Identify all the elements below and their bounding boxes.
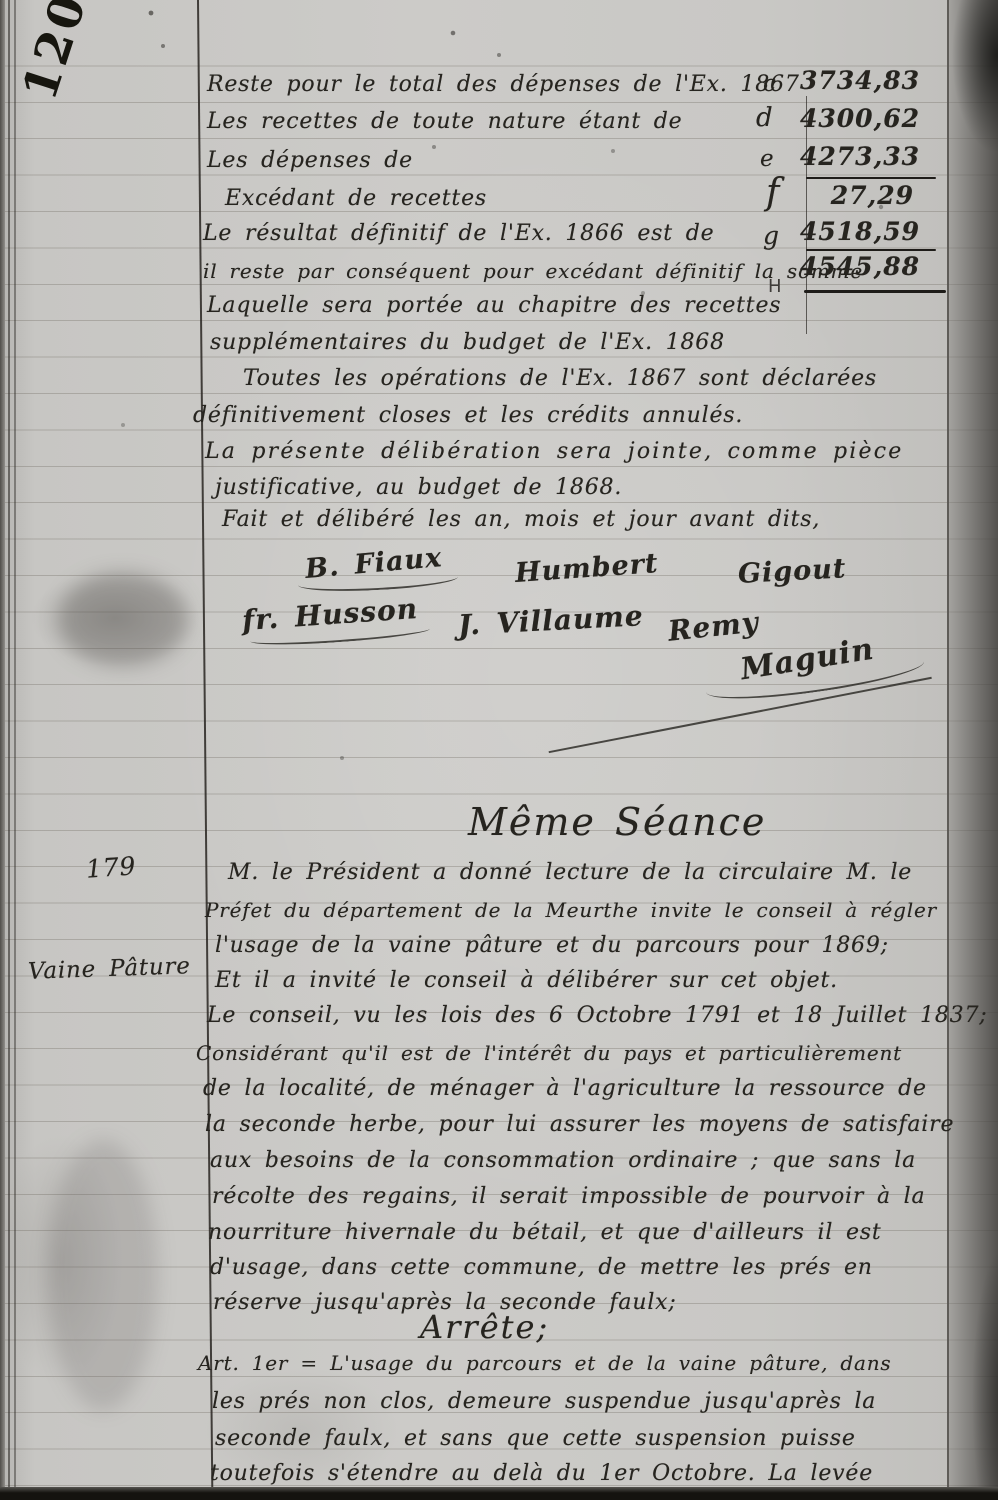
ledger-row-ref: g: [763, 221, 780, 250]
margin-item-number: 179: [85, 851, 137, 883]
session-line: M. le Président a donné lecture de la ci…: [228, 858, 912, 888]
scanned-register-page: { "page": { "stamp_number": "120" }, "le…: [0, 0, 998, 1500]
ledger-amount: 3734,83: [800, 66, 914, 95]
ledger-row-ref: e: [760, 146, 774, 172]
closing-line: justificative, au budget de 1868.: [215, 473, 622, 503]
session-heading: Même Séance: [468, 800, 766, 844]
ledger-row-label: Les dépenses de: [207, 146, 413, 176]
session-line: Considérant qu'il est de l'intérêt du pa…: [196, 1038, 902, 1068]
paper-stain: [58, 572, 188, 667]
ledger-row-ref: f: [766, 172, 780, 213]
ledger-amount: 4273,33: [800, 142, 914, 171]
session-line: Et il a invité le conseil à délibérer su…: [215, 966, 838, 996]
binding-line: [14, 0, 16, 1500]
closing-line: définitivement closes et les crédits ann…: [193, 401, 743, 431]
closing-line: supplémentaires du budget de l'Ex. 1868: [210, 328, 725, 358]
binding-edge: [0, 0, 5, 1500]
decree-line: les prés non clos, demeure suspendue jus…: [212, 1387, 876, 1417]
session-line: de la localité, de ménager à l'agricultu…: [203, 1074, 927, 1104]
ledger-row-label: Excédant de recettes: [225, 184, 487, 214]
ledger-row-label: Reste pour le total des dépenses de l'Ex…: [207, 70, 800, 100]
ledger-row-ref: d: [756, 103, 773, 133]
session-line: aux besoins de la consommation ordinaire…: [210, 1146, 916, 1176]
amount-underline: [806, 177, 936, 179]
decree-heading: Arrête;: [420, 1308, 549, 1346]
ledger-row-label: Les recettes de toute nature étant de: [207, 107, 682, 137]
ledger-amount: 4300,62: [800, 104, 914, 133]
decree-line: toutefois s'étendre au delà du 1er Octob…: [210, 1459, 873, 1489]
paper-stain: [48, 1140, 158, 1410]
signature: Gigout: [737, 553, 847, 590]
closing-line: Toutes les opérations de l'Ex. 1867 sont…: [243, 364, 877, 394]
session-line: d'usage, dans cette commune, de mettre l…: [210, 1253, 873, 1283]
session-line: la seconde herbe, pour lui assurer les m…: [205, 1110, 954, 1140]
ledger-row-ref: c: [763, 71, 777, 97]
session-line: récolte des regains, il serait impossibl…: [212, 1182, 925, 1212]
binding-line: [8, 0, 10, 1500]
ledger-amount: 4545,88: [800, 252, 914, 281]
ledger-amount: 4518,59: [800, 217, 914, 246]
session-line: nourriture hivernale du bétail, et que d…: [208, 1218, 882, 1248]
session-line: l'usage de la vaine pâture et du parcour…: [215, 931, 889, 961]
ledger-row-label: il reste par conséquent pour excédant dé…: [203, 256, 863, 286]
session-line: Le conseil, vu les lois des 6 Octobre 17…: [207, 1001, 987, 1031]
decree-line: seconde faulx, et sans que cette suspens…: [215, 1424, 856, 1454]
closing-line: La présente délibération sera jointe, co…: [205, 437, 904, 467]
ledger-amount: 27,29: [800, 181, 914, 210]
closing-line: Laquelle sera portée au chapitre des rec…: [207, 291, 781, 321]
decree-line: Art. 1er = L'usage du parcours et de la …: [198, 1348, 891, 1378]
amount-total-underline: [804, 290, 946, 293]
page-gutter-shadow: [947, 0, 998, 1500]
ledger-row-label: Le résultat définitif de l'Ex. 1866 est …: [203, 219, 714, 249]
session-line: Préfet du département de la Meurthe invi…: [205, 895, 937, 925]
closing-line: Fait et délibéré les an, mois et jour av…: [222, 505, 820, 535]
amount-underline: [806, 249, 936, 251]
